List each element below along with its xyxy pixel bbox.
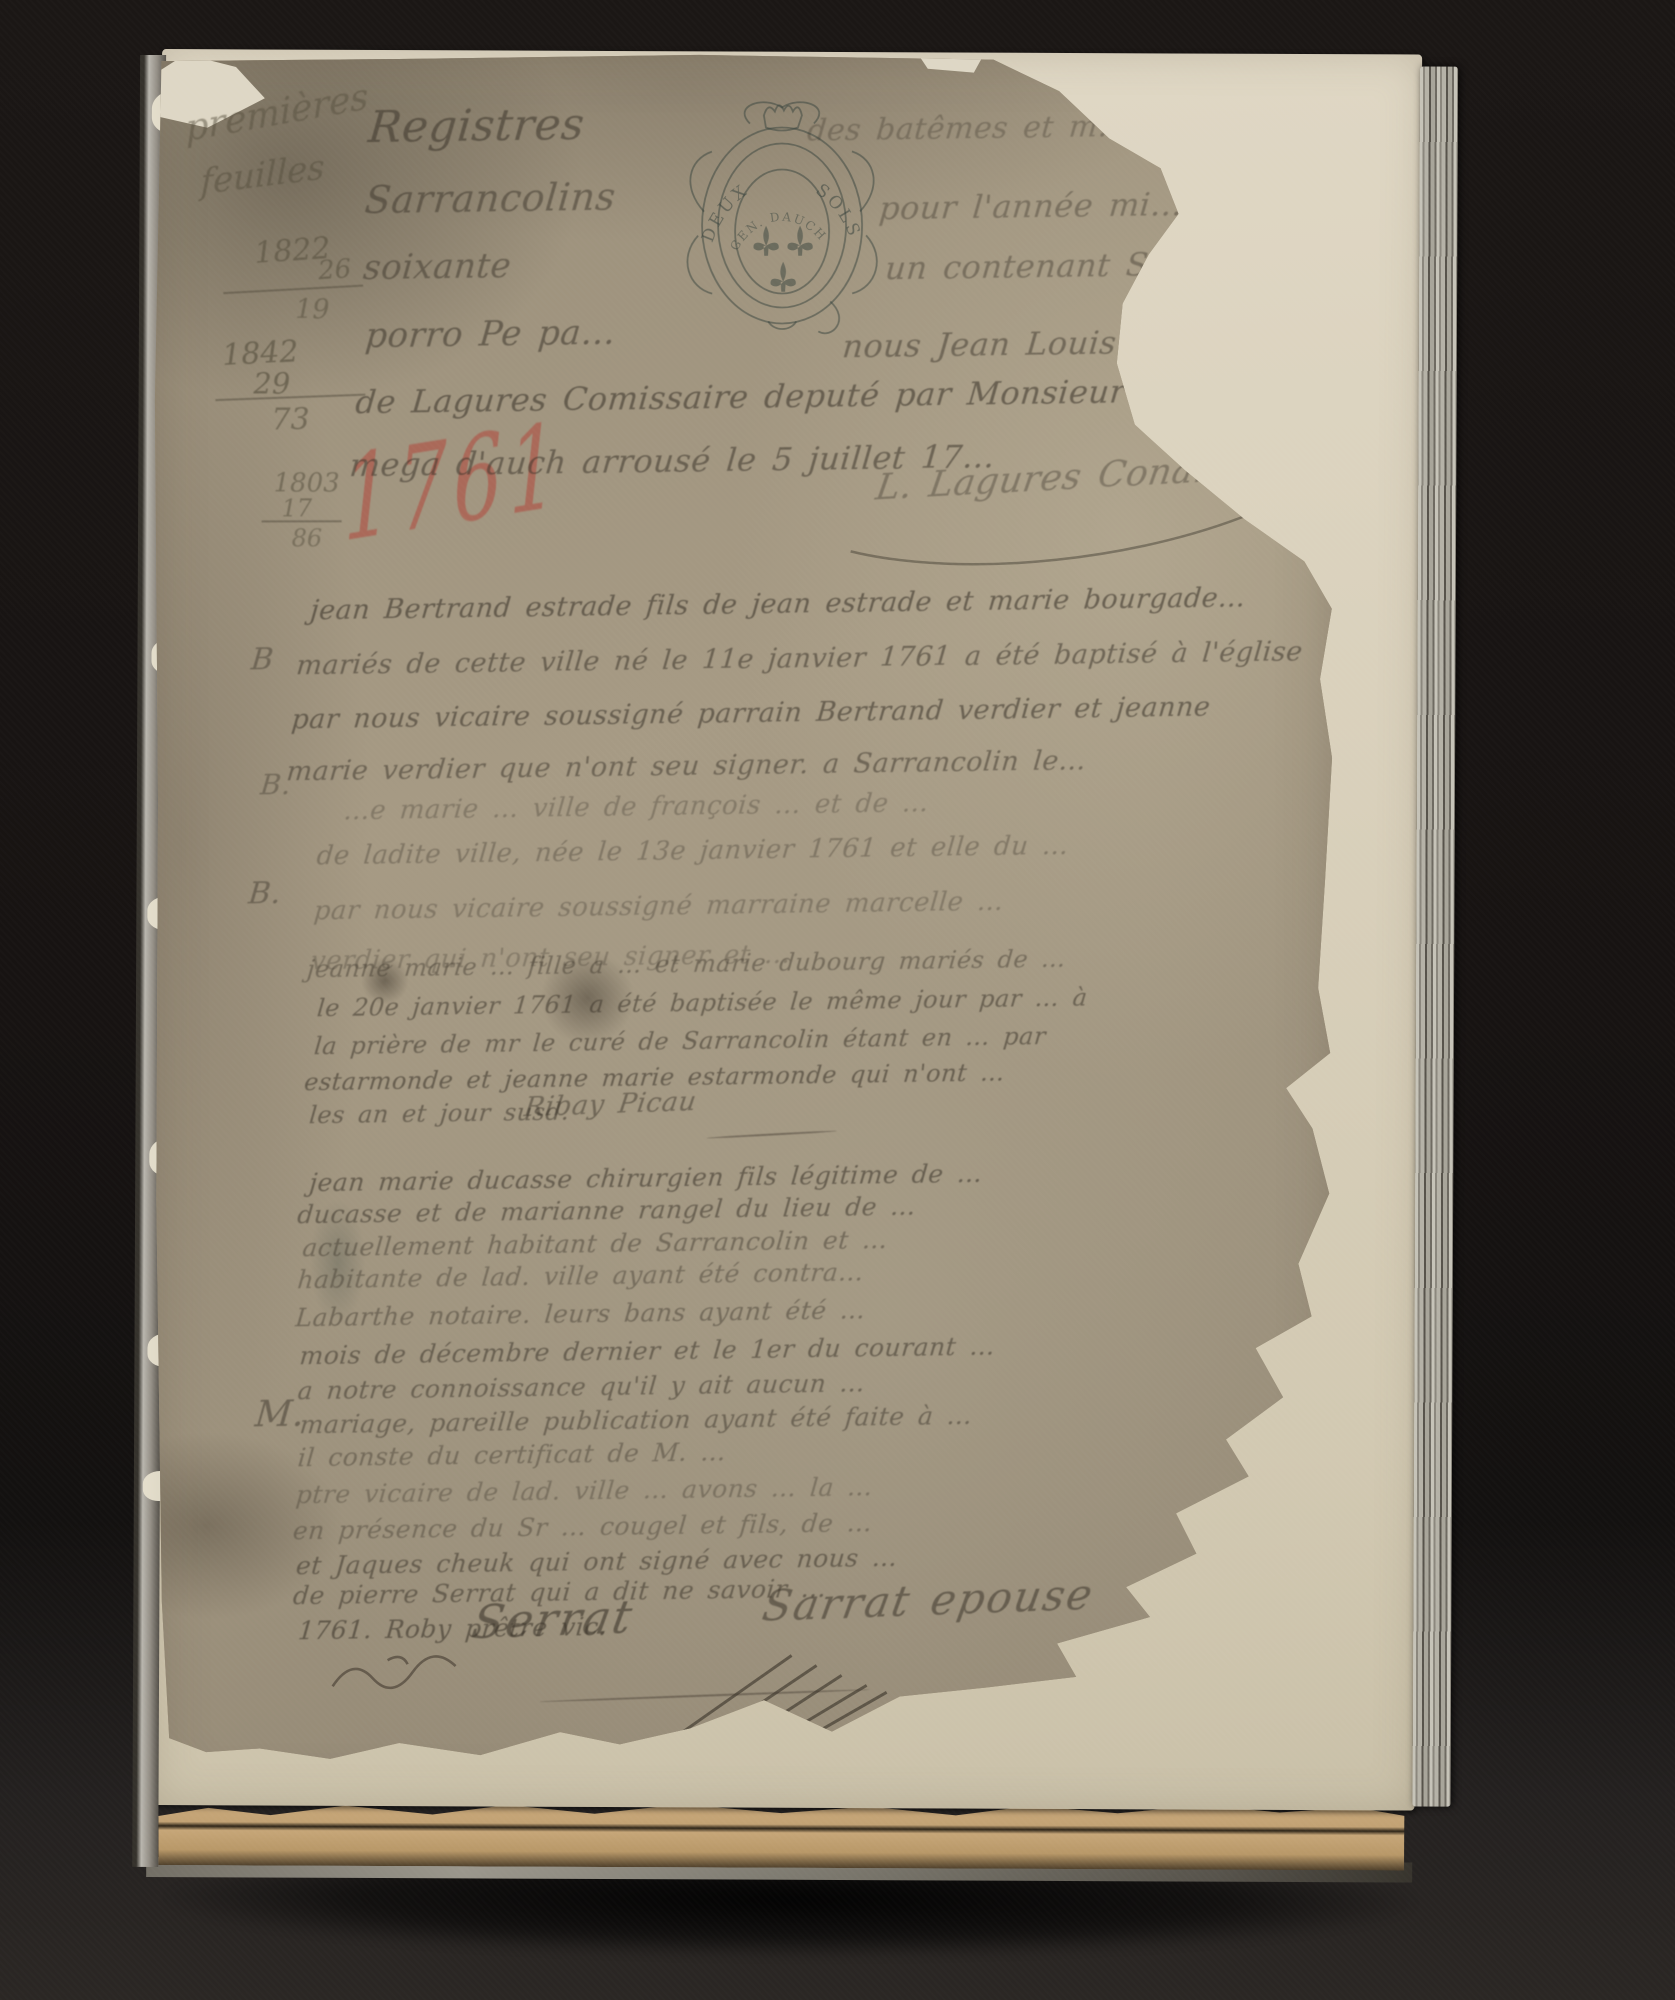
fleur-de-lis-icon <box>753 226 812 292</box>
header-line: pour l'année mi… <box>878 185 1185 227</box>
margin-count: 86 <box>292 524 323 552</box>
entry-line: en présence du Sr … cougel et fils, de … <box>292 1508 874 1545</box>
margin-mark-baptism: B <box>250 642 276 677</box>
margin-count: 73 <box>271 402 309 437</box>
margin-count: 26 <box>317 254 352 286</box>
entry-line: marie verdier que n'ont seu signer. a Sa… <box>285 745 1088 787</box>
entry-line: actuellement habitant de Sarrancolin et … <box>301 1225 889 1262</box>
margin-count: 29 <box>253 366 290 400</box>
entry-line: habitante de lad. ville ayant été contra… <box>296 1257 865 1294</box>
entry-line: par nous vicaire soussigné marraine marc… <box>313 887 1006 927</box>
entry-line: de ladite ville, née le 13e janvier 1761… <box>315 831 1070 872</box>
manuscript-photo: premières feuilles 1822 26 19 1842 29 73… <box>0 0 1675 2000</box>
entry-line: mois de décembre dernier et le 1er du co… <box>298 1332 996 1371</box>
entry-line: ducasse et de marianne rangel du lieu de… <box>296 1192 917 1230</box>
header-line: porro Pe pa… <box>364 313 618 357</box>
signature-flourish <box>846 499 1276 570</box>
entry-line: le 20e janvier 1761 a été baptisée le mê… <box>316 984 1089 1023</box>
groom-signature: Serrat <box>468 1589 638 1649</box>
entry-line: mariés de cette ville né le 11e janvier … <box>295 636 1304 681</box>
entry-line: par nous vicaire soussigné parrain Bertr… <box>290 692 1212 736</box>
header-line: Sarrancolins <box>363 175 618 223</box>
margin-note: feuilles <box>200 147 324 203</box>
entry-line: la prière de mr le curé de Sarrancolin é… <box>313 1022 1047 1060</box>
vicar-signature: Ribay Picau <box>522 1086 698 1123</box>
header-line: de Lagures Comissaire deputé par Monsieu… <box>354 372 1175 421</box>
tax-stamp-deux-sols: DEUX SOLS GEN. DAUCH <box>680 93 885 333</box>
margin-mark-baptism: B. <box>247 876 283 912</box>
header-title: Registres <box>366 99 586 153</box>
entry-line: a notre connoissance qu'il y ait aucun … <box>296 1368 866 1405</box>
register-book-stack: premières feuilles 1822 26 19 1842 29 73… <box>0 0 1675 2000</box>
entry-line: mariage, pareille publication ayant été … <box>299 1401 974 1439</box>
sum-rule <box>223 285 363 295</box>
entry-line: …e marie … ville de françois … et de … <box>342 788 930 826</box>
right-page-edges <box>1412 67 1458 1807</box>
margin-count: 17 <box>282 494 313 522</box>
header-line: soixante <box>361 246 513 288</box>
entry-line: jean Bertrand estrade fils de jean estra… <box>309 582 1247 626</box>
entry-line: ptre vicaire de lad. ville … avons … la … <box>295 1472 875 1509</box>
entry-line: Labarthe notaire. leurs bans ayant été … <box>294 1295 867 1332</box>
sum-rule <box>262 520 342 522</box>
entry-line: il conste du certificat de M. … <box>297 1437 728 1472</box>
book-shadow <box>106 1865 1476 1986</box>
margin-count: 19 <box>295 294 329 325</box>
signature-underline <box>707 1130 837 1139</box>
paraph-scribble <box>328 1648 468 1703</box>
